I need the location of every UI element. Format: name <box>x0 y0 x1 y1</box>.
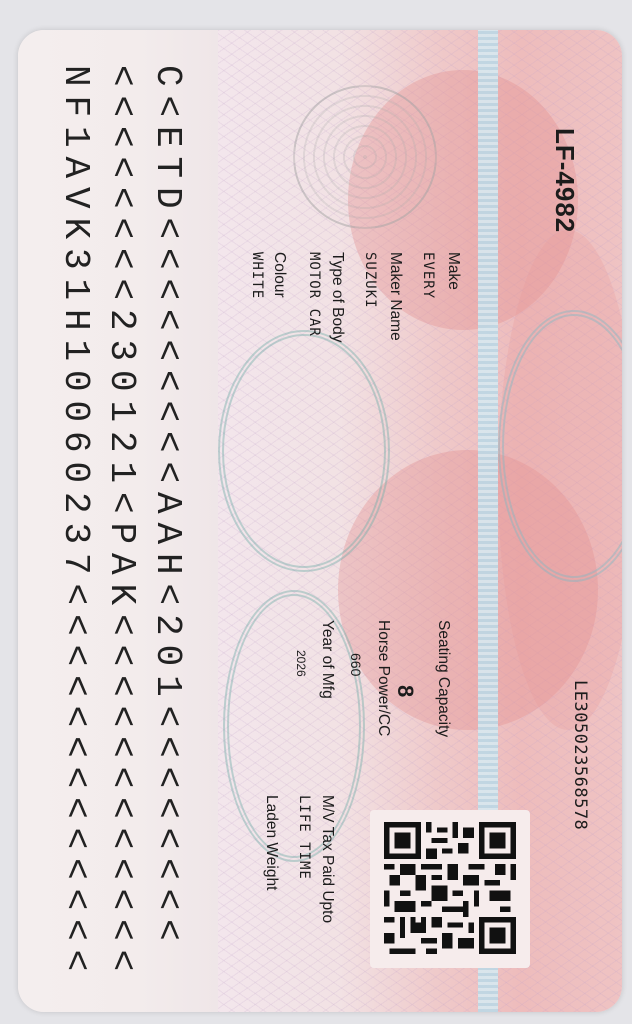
year-of-mfg-value: 2026 <box>294 650 308 677</box>
maker-name-value: SUZUKI <box>362 252 378 309</box>
maker-name-label: Maker Name <box>386 252 404 341</box>
tax-paid-label: M/V Tax Paid Upto <box>318 795 336 923</box>
tax-paid-value: LIFE TIME <box>296 795 312 880</box>
horse-power-value: 660 <box>348 653 364 676</box>
body-type-label: Type of Body <box>328 252 346 342</box>
qr-code-panel <box>370 810 530 968</box>
mrz-line-3: NF1AVK31H10060237<<<<<<<<<<<<< <box>55 65 96 980</box>
teal-pattern <box>218 330 390 572</box>
year-of-mfg-label: Year of Mfg <box>318 620 336 699</box>
seating-capacity-value: 8 <box>392 685 418 697</box>
qr-code-icon <box>384 822 516 954</box>
colour-value: WHITE <box>249 252 265 299</box>
serial-number: LE305023568578 <box>570 680 590 830</box>
mrz-line-2: <<<<<<<<230121<PAK<<<<<<<<<<<< <box>101 65 142 980</box>
mrz-line-1: C<ETD<<<<<<<<<AAH<201<<<<<<<< <box>147 65 188 950</box>
registration-number: LF-4982 <box>549 128 580 233</box>
seating-capacity-label: Seating Capacity <box>434 620 452 737</box>
teal-pattern <box>223 590 365 862</box>
make-value: EVERY <box>420 252 436 299</box>
colour-label: Colour <box>270 252 288 298</box>
laden-weight-label: Laden Weight <box>262 795 280 890</box>
horse-power-label: Horse Power/CC <box>374 620 392 736</box>
body-type-value: MOTOR CAR <box>306 252 322 337</box>
state-emblem-icon <box>293 85 437 229</box>
vehicle-registration-card: LF-4982 LE305023568578 Make EVERY Maker … <box>18 30 622 1012</box>
make-label: Make <box>444 252 462 290</box>
